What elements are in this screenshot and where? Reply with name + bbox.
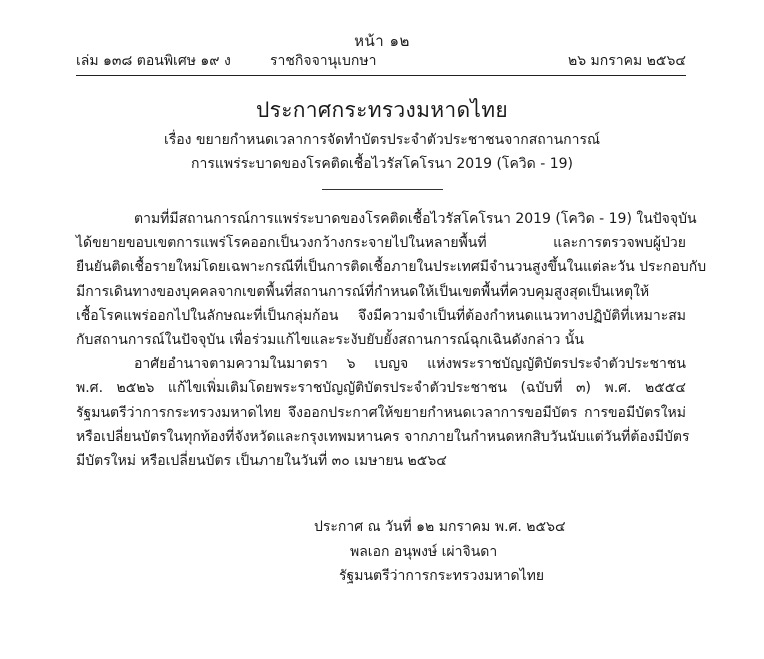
text-line: มีบัตรใหม่ หรือเปลี่ยนบัตร เป็นภายในวันท… <box>76 449 686 473</box>
signer-position: รัฐมนตรีว่าการกระทรวงมหาดไทย <box>0 564 764 589</box>
text-line: กับสถานการณ์ในปัจจุบัน เพื่อร่วมแก้ไขและ… <box>76 328 686 352</box>
paragraph-2: อาศัยอำนาจตามความในมาตรา ๖ เบญจ แห่งพระร… <box>76 352 686 473</box>
document-subject: เรื่อง ขยายกำหนดเวลาการจัดทำบัตรประจำตัว… <box>0 128 764 176</box>
text-line: หรือเปลี่ยนบัตรในทุกท้องที่จังหวัดและกรุ… <box>76 425 686 449</box>
signer-name: พลเอก อนุพงษ์ เผ่าจินดา <box>0 540 764 565</box>
text-line: อาศัยอำนาจตามความในมาตรา ๖ เบญจ แห่งพระร… <box>76 352 686 376</box>
volume-issue: เล่ม ๑๓๘ ตอนพิเศษ ๑๙ ง <box>76 50 231 72</box>
publication-date: ๒๖ มกราคม ๒๕๖๔ <box>568 50 686 72</box>
text-line: มีการเดินทางของบุคคลจากเขตพื้นที่สถานการ… <box>76 280 686 304</box>
announcement-date: ประกาศ ณ วันที่ ๑๒ มกราคม พ.ศ. ๒๕๖๔ <box>0 515 764 540</box>
gazette-header: เล่ม ๑๓๘ ตอนพิเศษ ๑๙ ง ราชกิจจานุเบกษา ๒… <box>76 50 686 72</box>
gazette-name: ราชกิจจานุเบกษา <box>270 50 376 72</box>
text-line: พ.ศ. ๒๕๒๖ แก้ไขเพิ่มเติมโดยพระราชบัญญัติ… <box>76 376 686 400</box>
title-divider <box>322 189 443 190</box>
text-line: ยืนยันติดเชื้อรายใหม่โดยเฉพาะกรณีที่เป็น… <box>76 255 686 279</box>
document-title: ประกาศกระทรวงมหาดไทย <box>0 94 764 127</box>
subject-line-2: การแพร่ระบาดของโรคติดเชื้อไวรัสโคโรนา 20… <box>0 152 764 176</box>
text-line: เชื้อโรคแพร่ออกไปในลักษณะที่เป็นกลุ่มก้อ… <box>76 304 686 328</box>
paragraph-1: ตามที่มีสถานการณ์การแพร่ระบาดของโรคติดเช… <box>76 207 686 352</box>
subject-line-1: เรื่อง ขยายกำหนดเวลาการจัดทำบัตรประจำตัว… <box>0 128 764 152</box>
text-line: รัฐมนตรีว่าการกระทรวงมหาดไทย จึงออกประกา… <box>76 401 686 425</box>
document-body: ตามที่มีสถานการณ์การแพร่ระบาดของโรคติดเช… <box>76 207 686 473</box>
signature-block: ประกาศ ณ วันที่ ๑๒ มกราคม พ.ศ. ๒๕๖๔ พลเอ… <box>0 515 764 589</box>
header-divider <box>76 75 686 76</box>
text-line: ตามที่มีสถานการณ์การแพร่ระบาดของโรคติดเช… <box>76 207 686 231</box>
text-line: ได้ขยายขอบเขตการแพร่โรคออกเป็นวงกว้างกระ… <box>76 231 686 255</box>
